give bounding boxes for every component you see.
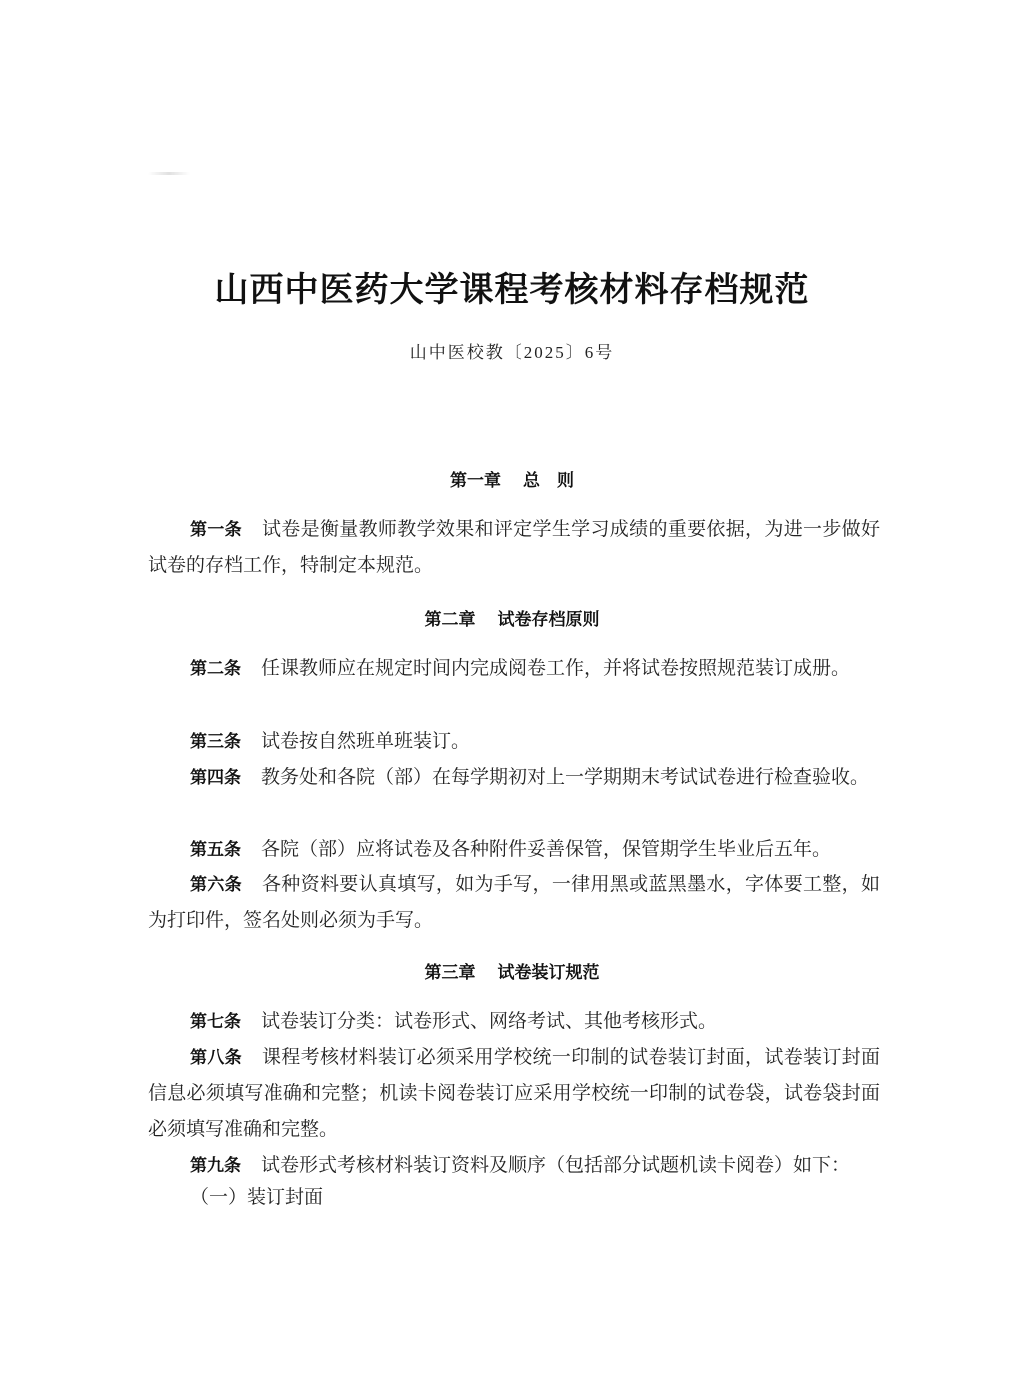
chapter-name: 试卷装订规范: [498, 963, 600, 983]
chapter-label: 第三章: [425, 963, 476, 983]
article-5: 第五条各院（部）应将试卷及各种附件妥善保管，保管期学生毕业后五年。: [148, 832, 880, 868]
chapter-name: 总 则: [523, 471, 574, 491]
document-number: 山中医校教〔2025〕6号: [0, 338, 1024, 363]
article-4: 第四条教务处和各院（部）在每学期初对上一学期期末考试试卷进行检查验收。: [148, 760, 880, 796]
article-text: 试卷按自然班单班装订。: [261, 731, 470, 752]
article-label: 第一条: [190, 520, 242, 540]
article-6: 第六条各种资料要认真填写，如为手写，一律用黑或蓝黑墨水，字体要工整，如为打印件，…: [148, 867, 880, 939]
document-title: 山西中医药大学课程考核材料存档规范: [0, 262, 1024, 311]
chapter-heading-1: 第一章总 则: [0, 466, 1024, 491]
article-label: 第三条: [190, 732, 241, 752]
article-text: 各院（部）应将试卷及各种附件妥善保管，保管期学生毕业后五年。: [261, 839, 831, 860]
article-1: 第一条试卷是衡量教师教学效果和评定学生学习成绩的重要依据，为进一步做好试卷的存档…: [148, 512, 880, 584]
article-label: 第八条: [190, 1048, 242, 1068]
article-text: 课程考核材料装订必须采用学校统一印制的试卷装订封面，试卷装订封面信息必须填写准确…: [148, 1047, 880, 1140]
article-label: 第四条: [190, 768, 241, 788]
article-9: 第九条试卷形式考核材料装订资料及顺序（包括部分试题机读卡阅卷）如下：: [148, 1148, 880, 1184]
article-label: 第五条: [190, 840, 241, 860]
article-text: 试卷是衡量教师教学效果和评定学生学习成绩的重要依据，为进一步做好试卷的存档工作，…: [148, 519, 880, 576]
article-2: 第二条任课教师应在规定时间内完成阅卷工作，并将试卷按照规范装订成册。: [148, 651, 880, 687]
chapter-heading-2: 第二章试卷存档原则: [0, 605, 1024, 630]
scan-artifact: [148, 172, 190, 175]
article-7: 第七条试卷装订分类：试卷形式、网络考试、其他考核形式。: [148, 1004, 880, 1040]
list-item-binding-cover: （一）装订封面: [190, 1180, 323, 1216]
article-text: 任课教师应在规定时间内完成阅卷工作，并将试卷按照规范装订成册。: [261, 658, 850, 679]
chapter-label: 第二章: [425, 610, 476, 630]
article-text: 试卷装订分类：试卷形式、网络考试、其他考核形式。: [261, 1011, 717, 1032]
article-text: 教务处和各院（部）在每学期初对上一学期期末考试试卷进行检查验收。: [261, 767, 869, 788]
document-page: 山西中医药大学课程考核材料存档规范 山中医校教〔2025〕6号 第一章总 则 第…: [0, 0, 1024, 1379]
chapter-heading-3: 第三章试卷装订规范: [0, 958, 1024, 983]
article-text: 各种资料要认真填写，如为手写，一律用黑或蓝黑墨水，字体要工整，如为打印件，签名处…: [148, 874, 880, 931]
article-label: 第九条: [190, 1156, 241, 1176]
article-label: 第六条: [190, 875, 242, 895]
article-3: 第三条试卷按自然班单班装订。: [148, 724, 880, 760]
chapter-name: 试卷存档原则: [498, 610, 600, 630]
article-8: 第八条课程考核材料装订必须采用学校统一印制的试卷装订封面，试卷装订封面信息必须填…: [148, 1040, 880, 1148]
article-label: 第七条: [190, 1012, 241, 1032]
article-label: 第二条: [190, 659, 241, 679]
article-text: 试卷形式考核材料装订资料及顺序（包括部分试题机读卡阅卷）如下：: [261, 1155, 850, 1176]
chapter-label: 第一章: [450, 471, 501, 491]
